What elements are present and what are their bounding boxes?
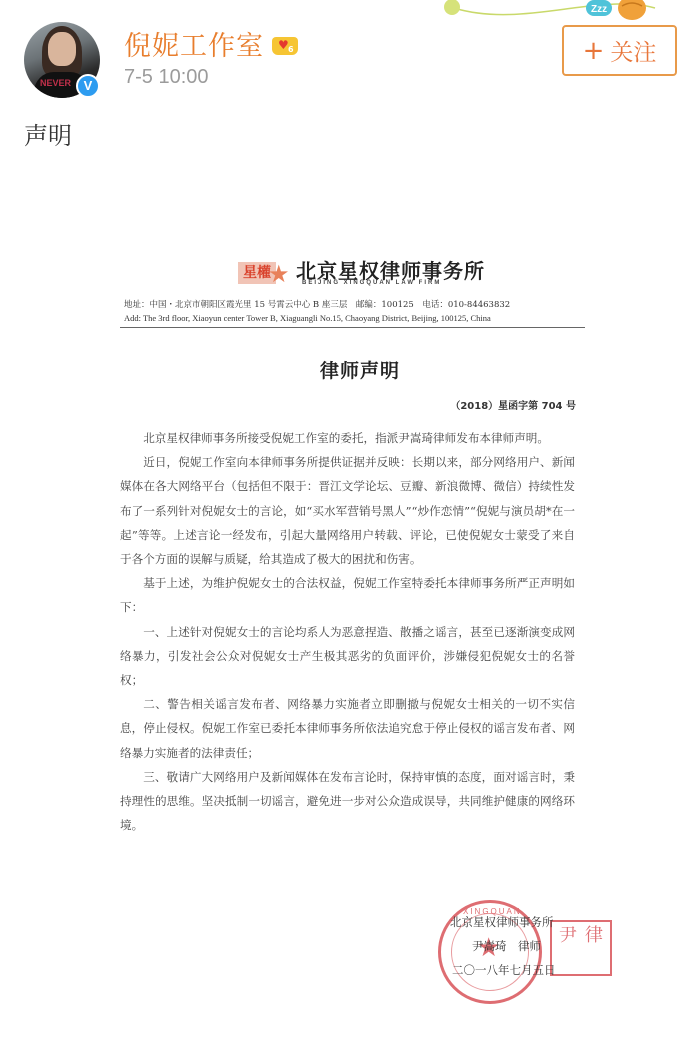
lawyer-seal-icon: 尹 律 <box>550 920 612 976</box>
document-reference: （2018）星函字第 704 号 <box>450 397 576 412</box>
paragraph: 三、敬请广大网络用户及新闻媒体在发布言论时，保持审慎的态度，面对谣言时，秉持理性… <box>120 765 575 838</box>
signature-block: XINGQUAN ★ 尹 律 北京星权律师事务所 尹嵩琦 律师 二〇一八年七月五… <box>420 900 620 1010</box>
letterhead-divider <box>120 327 585 328</box>
avatar-shirt-text: NEVER <box>40 78 71 88</box>
signature-date: 二〇一八年七月五日 <box>452 962 556 978</box>
firm-name-en: BEIJING XINGQUAN LAW FIRM <box>302 280 441 286</box>
vip-crown-icon[interactable]: ♥ 6 <box>270 31 300 57</box>
svg-text:Zzz: Zzz <box>591 4 607 15</box>
post-header: Zzz NEVER V 倪妮工作室 ♥ 6 7-5 10:00 + 关注 <box>0 0 700 110</box>
signature-lawyer: 尹嵩琦 律师 <box>472 938 541 954</box>
author-name[interactable]: 倪妮工作室 <box>124 24 264 63</box>
address-cn: 地址：中国・北京市朝阳区霞光里 15 号霄云中心 B 座三层 邮编：100125… <box>124 298 510 310</box>
post-timestamp: 7-5 10:00 <box>124 66 209 89</box>
post-text: 声明 <box>24 116 72 151</box>
follow-label: 关注 <box>610 34 656 67</box>
firm-logo-icon: 星權 ★ <box>238 260 292 290</box>
avatar-face <box>48 32 76 66</box>
author-row: 倪妮工作室 ♥ 6 <box>124 24 300 63</box>
follow-button[interactable]: + 关注 <box>562 25 677 76</box>
paragraph: 一、上述针对倪妮女士的言论均系人为恶意捏造、散播之谣言，甚至已逐渐演变成网络暴力… <box>120 620 575 693</box>
address-en: Add: The 3rd floor, Xiaoyun center Tower… <box>124 313 491 323</box>
plus-icon: + <box>583 36 605 66</box>
signature-firm: 北京星权律师事务所 <box>450 914 554 930</box>
paragraph: 二、警告相关谣言发布者、网络暴力实施者立即删撤与倪妮女士相关的一切不实信息，停止… <box>120 692 575 765</box>
paragraph: 北京星权律师事务所接受倪妮工作室的委托，指派尹嵩琦律师发布本律师声明。 <box>120 426 575 450</box>
statement-image[interactable]: 星權 ★ 北京星权律师事务所 BEIJING XINGQUAN LAW FIRM… <box>120 240 600 1020</box>
document-body: 北京星权律师事务所接受倪妮工作室的委托，指派尹嵩琦律师发布本律师声明。 近日，倪… <box>120 426 575 837</box>
decoration-banner: Zzz <box>440 0 700 24</box>
paragraph: 近日，倪妮工作室向本律师事务所提供证据并反映：长期以来，部分网络用户、新闻媒体在… <box>120 450 575 571</box>
verified-badge-icon: V <box>76 74 100 98</box>
letterhead: 星權 ★ 北京星权律师事务所 BEIJING XINGQUAN LAW FIRM… <box>120 240 600 330</box>
paragraph: 基于上述，为维护倪妮女士的合法权益，倪妮工作室特委托本律师事务所严正声明如下： <box>120 571 575 619</box>
document-title: 律师声明 <box>120 356 600 383</box>
